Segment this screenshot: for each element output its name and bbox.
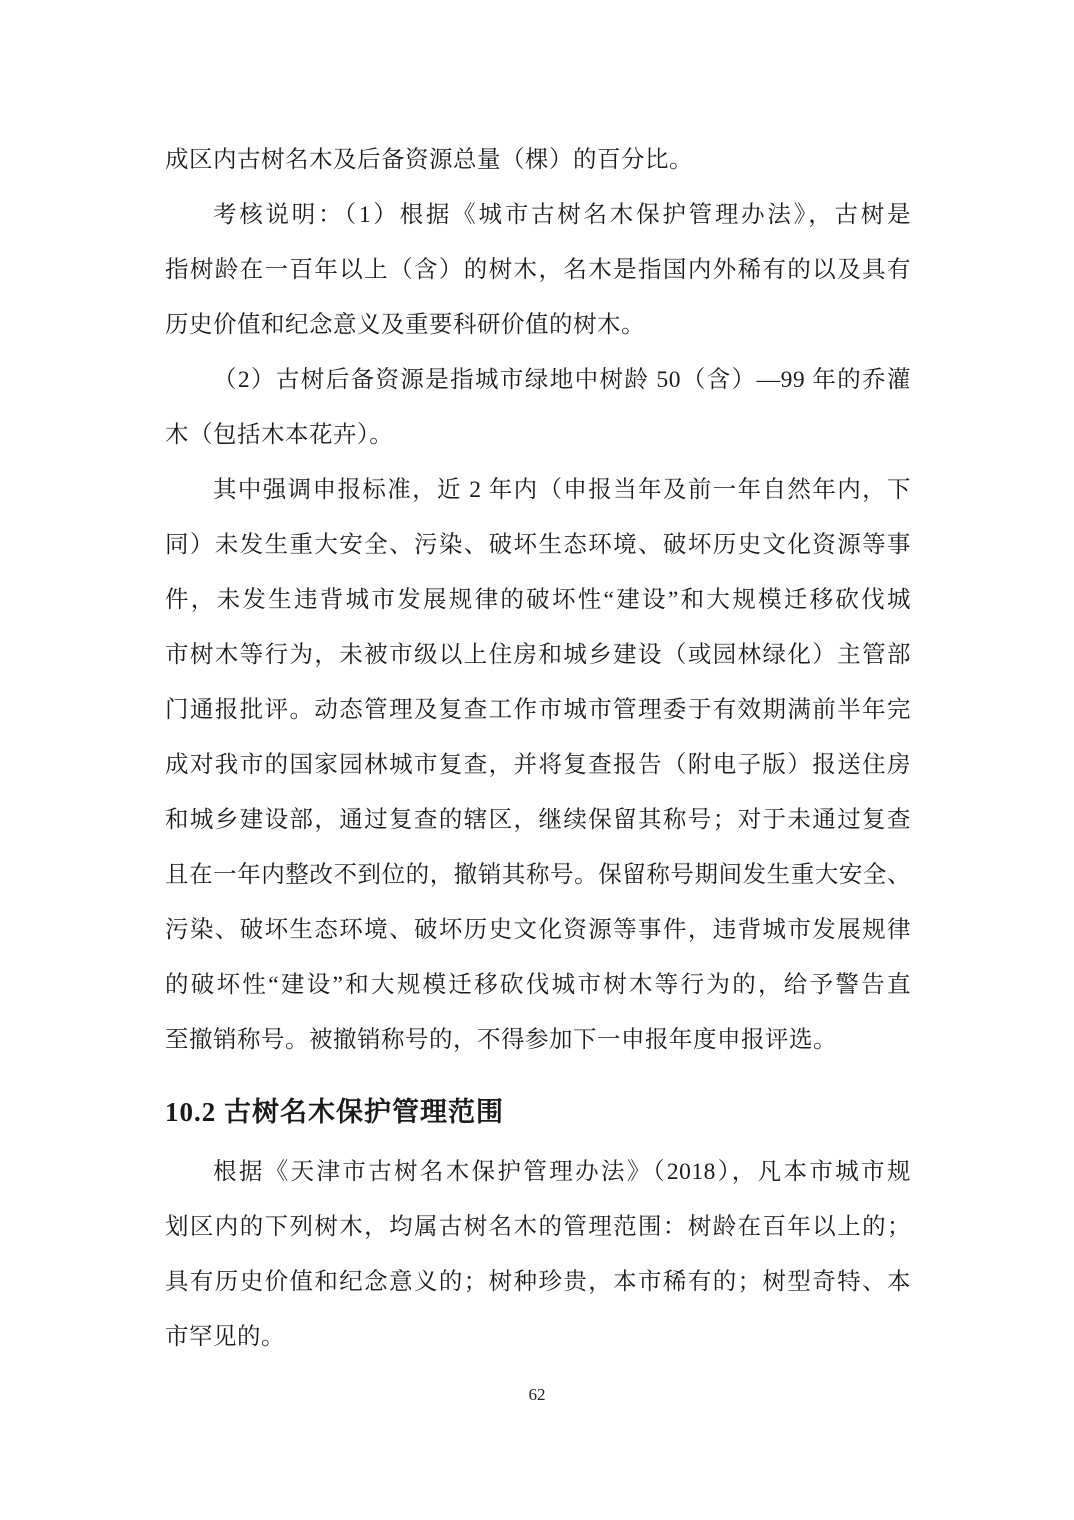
section-heading: 10.2 古树名木保护管理范围 xyxy=(165,1088,911,1136)
page-number: 62 xyxy=(0,1382,1074,1408)
body-line: 污染、破坏生态环境、破坏历史文化资源等事件，违背城市发展规律 xyxy=(165,903,911,958)
body-line: 其中强调申报标准，近 2 年内（申报当年及前一年自然年内，下 xyxy=(165,463,911,518)
body-line: 且在一年内整改不到位的，撤销其称号。保留称号期间发生重大安全、 xyxy=(165,848,911,903)
document-page: { "colors": { "background": "#ffffff", "… xyxy=(0,0,1074,1520)
body-line: 门通报批评。动态管理及复查工作市城市管理委于有效期满前半年完 xyxy=(165,683,911,738)
body-line: 考核说明：（1）根据《城市古树名木保护管理办法》，古树是 xyxy=(165,188,911,243)
body-line: 和城乡建设部，通过复查的辖区，继续保留其称号；对于未通过复查 xyxy=(165,793,911,848)
body-line: 具有历史价值和纪念意义的；树种珍贵，本市稀有的；树型奇特、本 xyxy=(165,1255,911,1310)
body-line: 的破坏性“建设”和大规模迁移砍伐城市树木等行为的，给予警告直 xyxy=(165,958,911,1013)
body-line: 件，未发生违背城市发展规律的破坏性“建设”和大规模迁移砍伐城 xyxy=(165,573,911,628)
body-line: 市罕见的。 xyxy=(165,1310,911,1365)
body-line: 木（包括木本花卉）。 xyxy=(165,408,911,463)
body-line: 指树龄在一百年以上（含）的树木，名木是指国内外稀有的以及具有 xyxy=(165,243,911,298)
body-line: 同）未发生重大安全、污染、破坏生态环境、破坏历史文化资源等事 xyxy=(165,518,911,573)
body-line: 至撤销称号。被撤销称号的，不得参加下一申报年度申报评选。 xyxy=(165,1013,911,1068)
text-block: 成区内古树名木及后备资源总量（棵）的百分比。 考核说明：（1）根据《城市古树名木… xyxy=(165,133,911,1365)
body-line: 成对我市的国家园林城市复查，并将复查报告（附电子版）报送住房 xyxy=(165,738,911,793)
body-line: 市树木等行为，未被市级以上住房和城乡建设（或园林绿化）主管部 xyxy=(165,628,911,683)
body-line: 划区内的下列树木，均属古树名木的管理范围：树龄在百年以上的； xyxy=(165,1200,911,1255)
body-line: 成区内古树名木及后备资源总量（棵）的百分比。 xyxy=(165,133,911,188)
body-line: 根据《天津市古树名木保护管理办法》（2018），凡本市城市规 xyxy=(165,1145,911,1200)
body-line: 历史价值和纪念意义及重要科研价值的树木。 xyxy=(165,298,911,353)
body-line: （2）古树后备资源是指城市绿地中树龄 50（含）—99 年的乔灌 xyxy=(165,353,911,408)
